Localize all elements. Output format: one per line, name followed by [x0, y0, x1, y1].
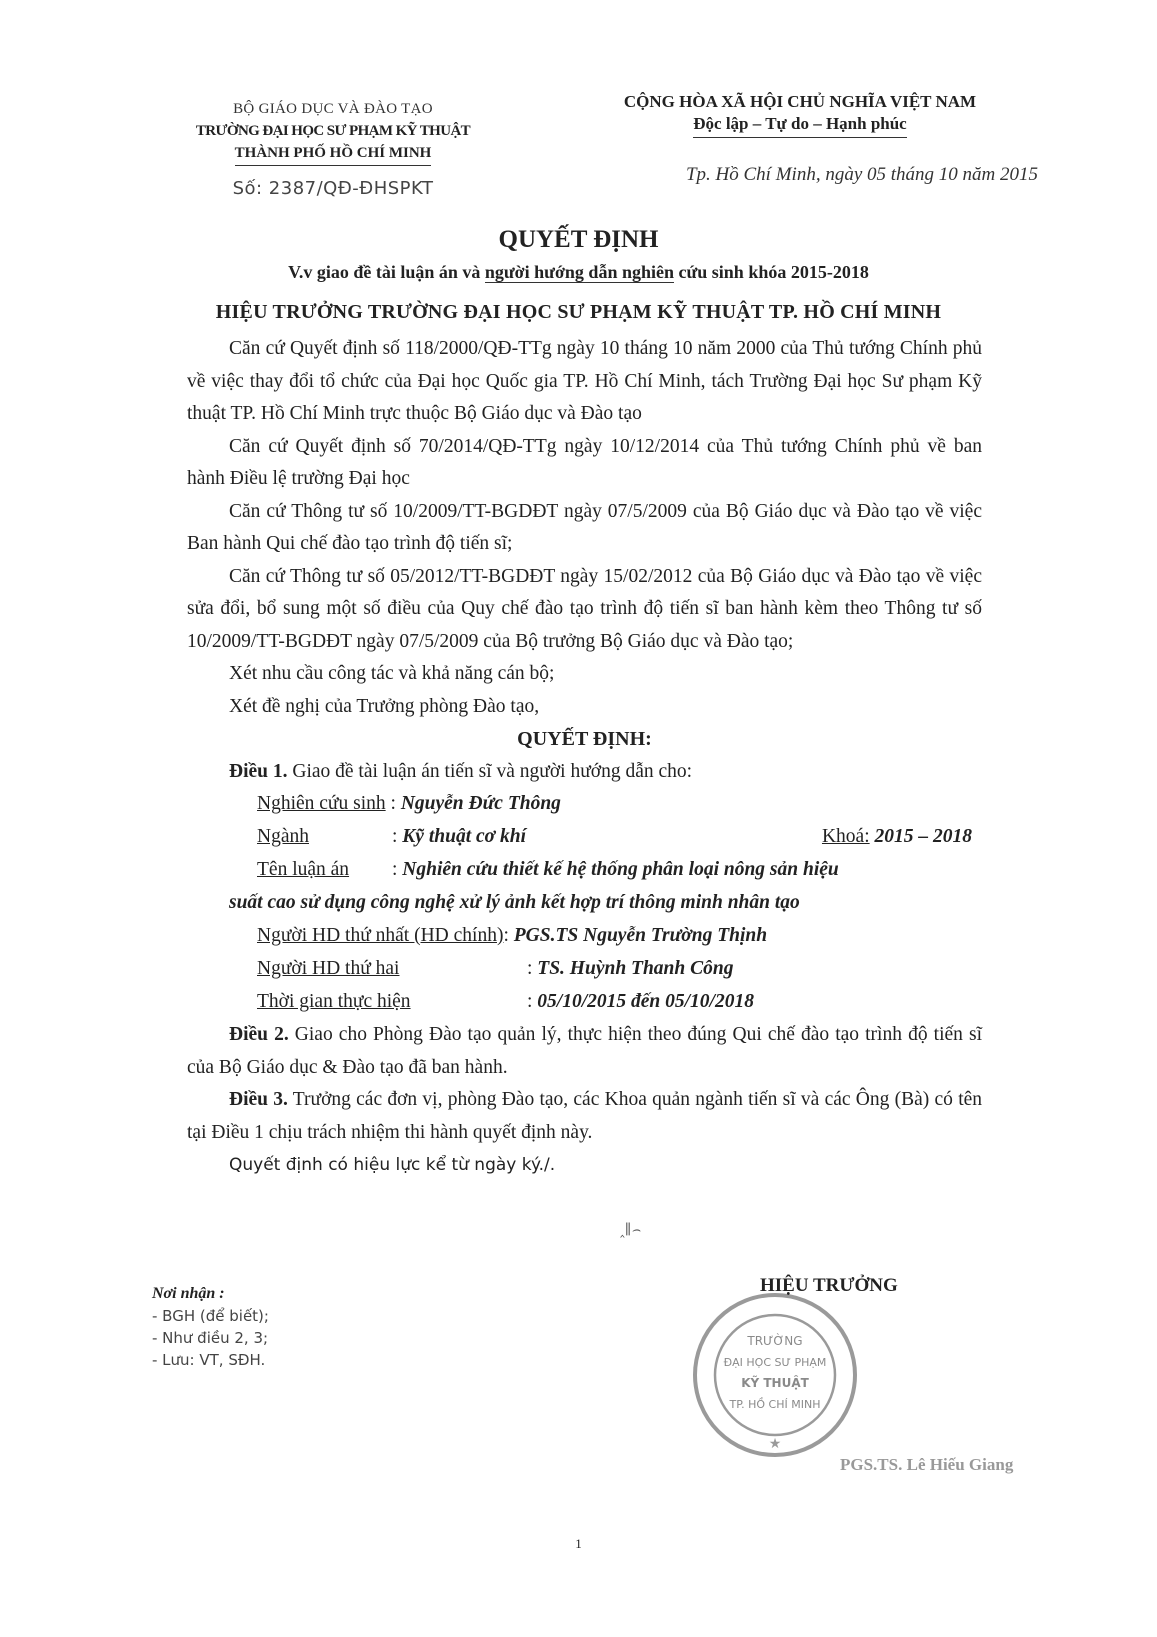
article-1: Điều 1. Giao đề tài luận án tiến sĩ và n… — [187, 756, 982, 789]
article-2-text: Giao cho Phòng Đào tạo quản lý, thực hiệ… — [187, 1024, 982, 1078]
svg-text:TP. HỒ CHÍ MINH: TP. HỒ CHÍ MINH — [729, 1397, 821, 1411]
country-name: CỘNG HÒA XÃ HỘI CHỦ NGHĨA VIỆT NAM — [560, 90, 1040, 114]
field-student: Nghiên cứu sinh : Nguyễn Đức Thông — [187, 788, 982, 821]
decision-heading: QUYẾT ĐỊNH: — [187, 723, 982, 756]
student-value: Nguyễn Đức Thông — [401, 793, 561, 814]
advisor-1-label: Người HD thứ nhất (HD chính) — [257, 925, 503, 946]
major-label: Ngành — [257, 826, 309, 847]
field-advisor-1: Người HD thứ nhất (HD chính): PGS.TS Ngu… — [187, 920, 982, 953]
recipient-item: - BGH (để biết); — [152, 1305, 269, 1327]
national-header-block: CỘNG HÒA XÃ HỘI CHỦ NGHĨA VIỆT NAM Độc l… — [560, 90, 1040, 186]
svg-text:ĐẠI HỌC SƯ PHẠM: ĐẠI HỌC SƯ PHẠM — [724, 1356, 827, 1369]
cohort-value: 2015 – 2018 — [875, 826, 973, 847]
subject-underlined: người hướng dẫn nghiên — [485, 262, 674, 283]
recipients-block: Nơi nhận : - BGH (để biết); - Như điều 2… — [152, 1283, 269, 1371]
document-subject: V.v giao đề tài luận án và người hướng d… — [0, 262, 1157, 283]
article-1-text: Giao đề tài luận án tiến sĩ và người hướ… — [288, 761, 693, 782]
student-label: Nghiên cứu sinh — [257, 793, 386, 814]
legal-basis-4: Căn cứ Thông tư số 05/2012/TT-BGDĐT ngày… — [187, 561, 982, 659]
signer-name: PGS.TS. Lê Hiếu Giang — [840, 1455, 1013, 1475]
official-seal-stamp: ★ TRƯỜNG ĐẠI HỌC SƯ PHẠM KỸ THUẬT TP. HỒ… — [690, 1290, 860, 1460]
rector-authority-line: HIỆU TRƯỞNG TRƯỜNG ĐẠI HỌC SƯ PHẠM KỸ TH… — [0, 301, 1157, 324]
legal-basis-2: Căn cứ Quyết định số 70/2014/QĐ-TTg ngày… — [187, 431, 982, 496]
article-3-label: Điều 3. — [229, 1089, 288, 1110]
issue-date: Tp. Hồ Chí Minh, ngày 05 tháng 10 năm 20… — [560, 164, 1040, 186]
recipient-item: - Như điều 2, 3; — [152, 1327, 269, 1349]
thesis-value-line1: Nghiên cứu thiết kế hệ thống phân loại n… — [402, 859, 838, 880]
article-1-label: Điều 1. — [229, 761, 288, 782]
document-body: Căn cứ Quyết định số 118/2000/QĐ-TTg ngà… — [187, 333, 982, 1182]
school-name: TRƯỜNG ĐẠI HỌC SƯ PHẠM KỸ THUẬT — [178, 120, 488, 142]
consideration-2: Xét đề nghị của Trưởng phòng Đào tạo, — [187, 691, 982, 724]
effective-clause: Quyết định có hiệu lực kể từ ngày ký./. — [187, 1149, 982, 1182]
subject-suffix: cứu sinh khóa 2015-2018 — [674, 262, 869, 282]
advisor-2-value: TS. Huỳnh Thanh Công — [537, 958, 733, 979]
school-city: THÀNH PHỐ HỒ CHÍ MINH — [235, 142, 432, 166]
period-value: 05/10/2015 đến 05/10/2018 — [537, 991, 754, 1012]
field-period: Thời gian thực hiện : 05/10/2015 đến 05/… — [187, 986, 982, 1019]
recipient-item: - Lưu: VT, SĐH. — [152, 1349, 269, 1371]
issuing-authority-block: BỘ GIÁO DỤC VÀ ĐÀO TẠO TRƯỜNG ĐẠI HỌC SƯ… — [178, 98, 488, 200]
document-number: Số: 2387/QĐ-ĐHSPKT — [178, 178, 488, 200]
svg-text:★: ★ — [769, 1436, 782, 1452]
period-label: Thời gian thực hiện — [257, 991, 411, 1012]
national-motto: Độc lập – Tự do – Hạnh phúc — [693, 114, 906, 138]
cohort-label: Khoá: — [822, 826, 870, 847]
ministry-name: BỘ GIÁO DỤC VÀ ĐÀO TẠO — [178, 98, 488, 120]
field-advisor-2: Người HD thứ hai : TS. Huỳnh Thanh Công — [187, 953, 982, 986]
thesis-label: Tên luận án — [257, 859, 349, 880]
consideration-1: Xét nhu cầu công tác và khả năng cán bộ; — [187, 658, 982, 691]
stamp-line: TRƯỜNG — [746, 1333, 802, 1348]
article-3: Điều 3. Trưởng các đơn vị, phòng Đào tạo… — [187, 1084, 982, 1149]
article-3-text: Trưởng các đơn vị, phòng Đào tạo, các Kh… — [187, 1089, 982, 1143]
advisor-1-value: PGS.TS Nguyễn Trường Thịnh — [514, 925, 767, 946]
svg-text:KỸ THUẬT: KỸ THUẬT — [741, 1375, 809, 1390]
major-value: Kỹ thuật cơ khí — [402, 826, 526, 847]
subject-prefix: V.v giao đề tài luận án và — [288, 262, 485, 282]
field-thesis: Tên luận án : Nghiên cứu thiết kế hệ thố… — [187, 854, 982, 887]
legal-basis-3: Căn cứ Thông tư số 10/2009/TT-BGDĐT ngày… — [187, 496, 982, 561]
article-2-label: Điều 2. — [229, 1024, 289, 1045]
field-major: Ngành : Kỹ thuật cơ khí Khoá: 2015 – 201… — [187, 821, 982, 854]
thesis-value-line2: suất cao sử dụng công nghệ xử lý ảnh kết… — [187, 887, 982, 920]
recipients-title: Nơi nhận : — [152, 1283, 269, 1305]
page-number: 1 — [0, 1536, 1157, 1552]
article-2: Điều 2. Giao cho Phòng Đào tạo quản lý, … — [187, 1019, 982, 1084]
legal-basis-1: Căn cứ Quyết định số 118/2000/QĐ-TTg ngà… — [187, 333, 982, 431]
handwritten-initials: ‸∥⌢ — [620, 1222, 640, 1239]
advisor-2-label: Người HD thứ hai — [257, 958, 399, 979]
document-title: QUYẾT ĐỊNH — [0, 226, 1157, 254]
signature-title: HIỆU TRƯỞNG — [760, 1275, 898, 1297]
